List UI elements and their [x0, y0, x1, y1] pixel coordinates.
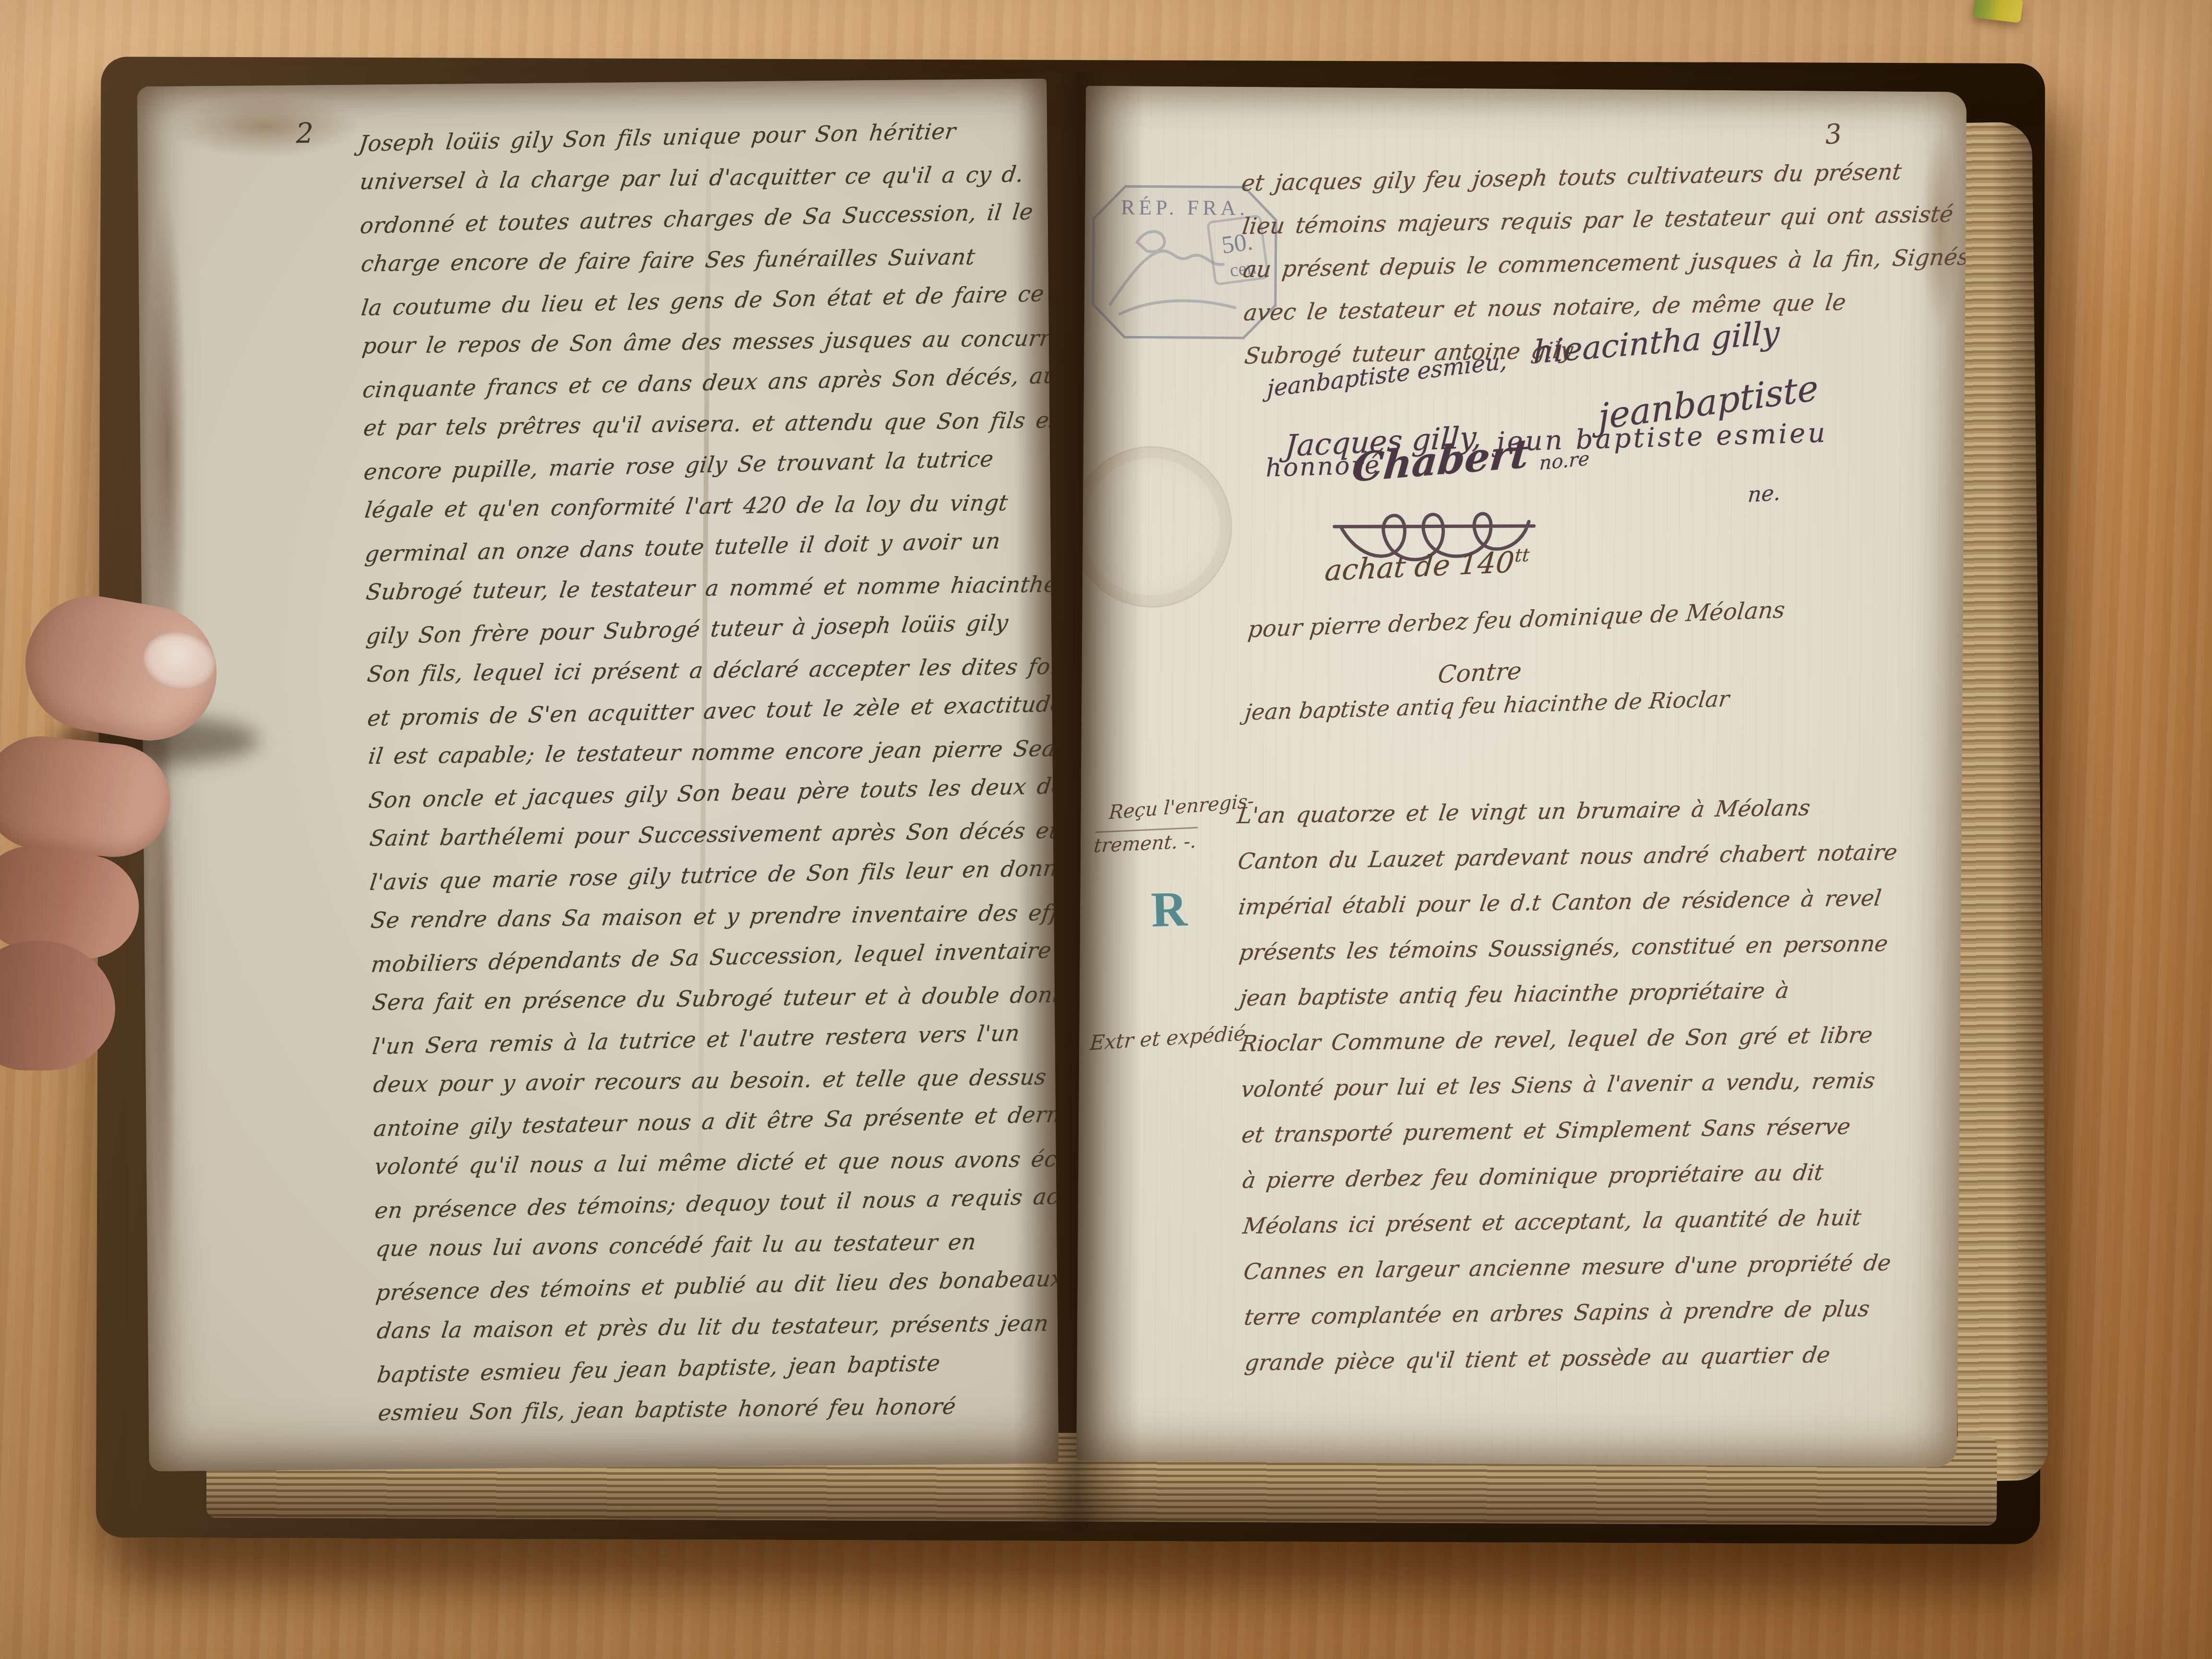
left-page: 2 Joseph loüis gily Son fils unique pour…	[137, 79, 1058, 1471]
signature-notary-title: no.re	[1539, 447, 1590, 475]
manuscript-line: grande pièce qu'il tient et possède au q…	[1242, 1330, 1967, 1385]
left-page-manuscript-text: Joseph loüis gily Son fils unique pour S…	[359, 111, 1059, 1434]
page-number-left: 2	[296, 117, 313, 149]
photo-of-open-notarial-register: 2 Joseph loüis gily Son fils unique pour…	[0, 0, 2212, 1659]
margin-note-extract: Extr et expédié	[1089, 1021, 1247, 1055]
right-page-deed-text: L'an quatorze et le vingt un brumaire à …	[1237, 783, 1967, 1386]
margin-note-registered-line2: trement. -.	[1093, 827, 1198, 857]
registration-r-stamp: R	[1150, 880, 1188, 938]
act-versus-label: Contre	[1437, 657, 1523, 688]
margin-note-registered-line1: Reçu l'enregis-	[1108, 790, 1255, 824]
signature-fragment-ne: ne.	[1747, 481, 1781, 507]
act-seller-line: jean baptiste antiq feu hiacinthe de Rio…	[1243, 685, 1731, 725]
act-buyer-line: pour pierre derbez feu dominique de Méol…	[1247, 596, 1786, 643]
right-page: 3 RÉP. FRA. 50. cen et jacques gily feu …	[1076, 86, 1967, 1467]
page-number-right: 3	[1823, 118, 1843, 151]
manuscript-line: esmieu Son fils, jean baptiste honoré fe…	[376, 1384, 1059, 1433]
faint-circular-notarial-stamp	[1076, 435, 1243, 618]
act-title-superscript: tt	[1514, 544, 1531, 566]
